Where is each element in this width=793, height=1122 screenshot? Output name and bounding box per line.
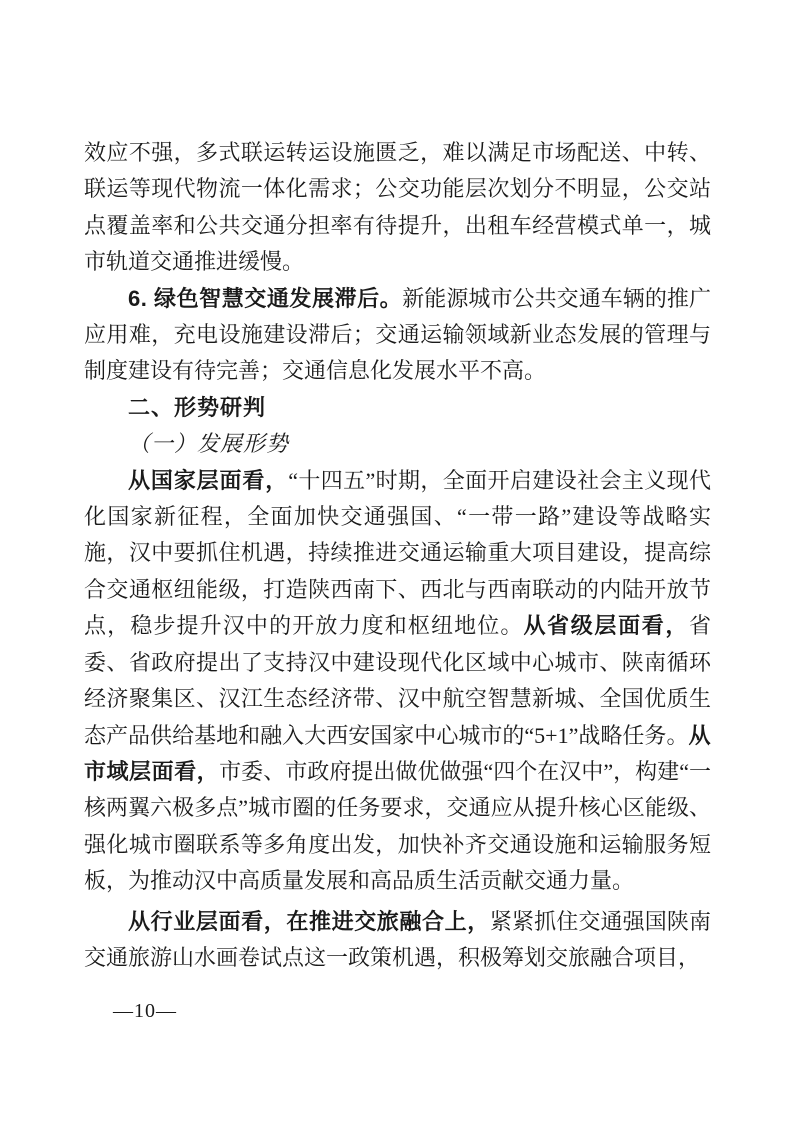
page-number: —10— bbox=[113, 1000, 177, 1023]
provincial-level-lead-bold: 从省级层面看， bbox=[524, 613, 689, 638]
subsection-heading: （一）发展形势 bbox=[84, 426, 711, 462]
national-level-lead-bold: 从国家层面看， bbox=[128, 468, 288, 493]
paragraph-industry-level: 从行业层面看，在推进交旅融合上，紧紧抓住交通强国陕南交通旅游山水画卷试点这一政策… bbox=[84, 904, 711, 977]
subsection-heading-text: （一）发展形势 bbox=[128, 431, 289, 456]
body-text-run: 效应不强，多式联运转运设施匮乏，难以满足市场配送、中转、联运等现代物流一体化需求… bbox=[84, 140, 711, 274]
paragraph-development-situation: 从国家层面看，“十四五”时期，全面开启建设社会主义现代化国家新征程，全面加快交通… bbox=[84, 463, 711, 900]
section-heading-text: 二、形势研判 bbox=[128, 395, 266, 420]
item-6-lead-bold: 6. 绿色智慧交通发展滞后。 bbox=[128, 286, 402, 311]
paragraph-continued: 效应不强，多式联运转运设施匮乏，难以满足市场配送、中转、联运等现代物流一体化需求… bbox=[84, 135, 711, 281]
document-page: 效应不强，多式联运转运设施匮乏，难以满足市场配送、中转、联运等现代物流一体化需求… bbox=[0, 0, 793, 1122]
section-heading: 二、形势研判 bbox=[84, 390, 711, 426]
industry-level-lead-bold: 从行业层面看，在推进交旅融合上， bbox=[128, 909, 490, 934]
paragraph-item-6: 6. 绿色智慧交通发展滞后。新能源城市公共交通车辆的推广应用难，充电设施建设滞后… bbox=[84, 281, 711, 390]
document-body: 效应不强，多式联运转运设施匮乏，难以满足市场配送、中转、联运等现代物流一体化需求… bbox=[84, 135, 711, 976]
